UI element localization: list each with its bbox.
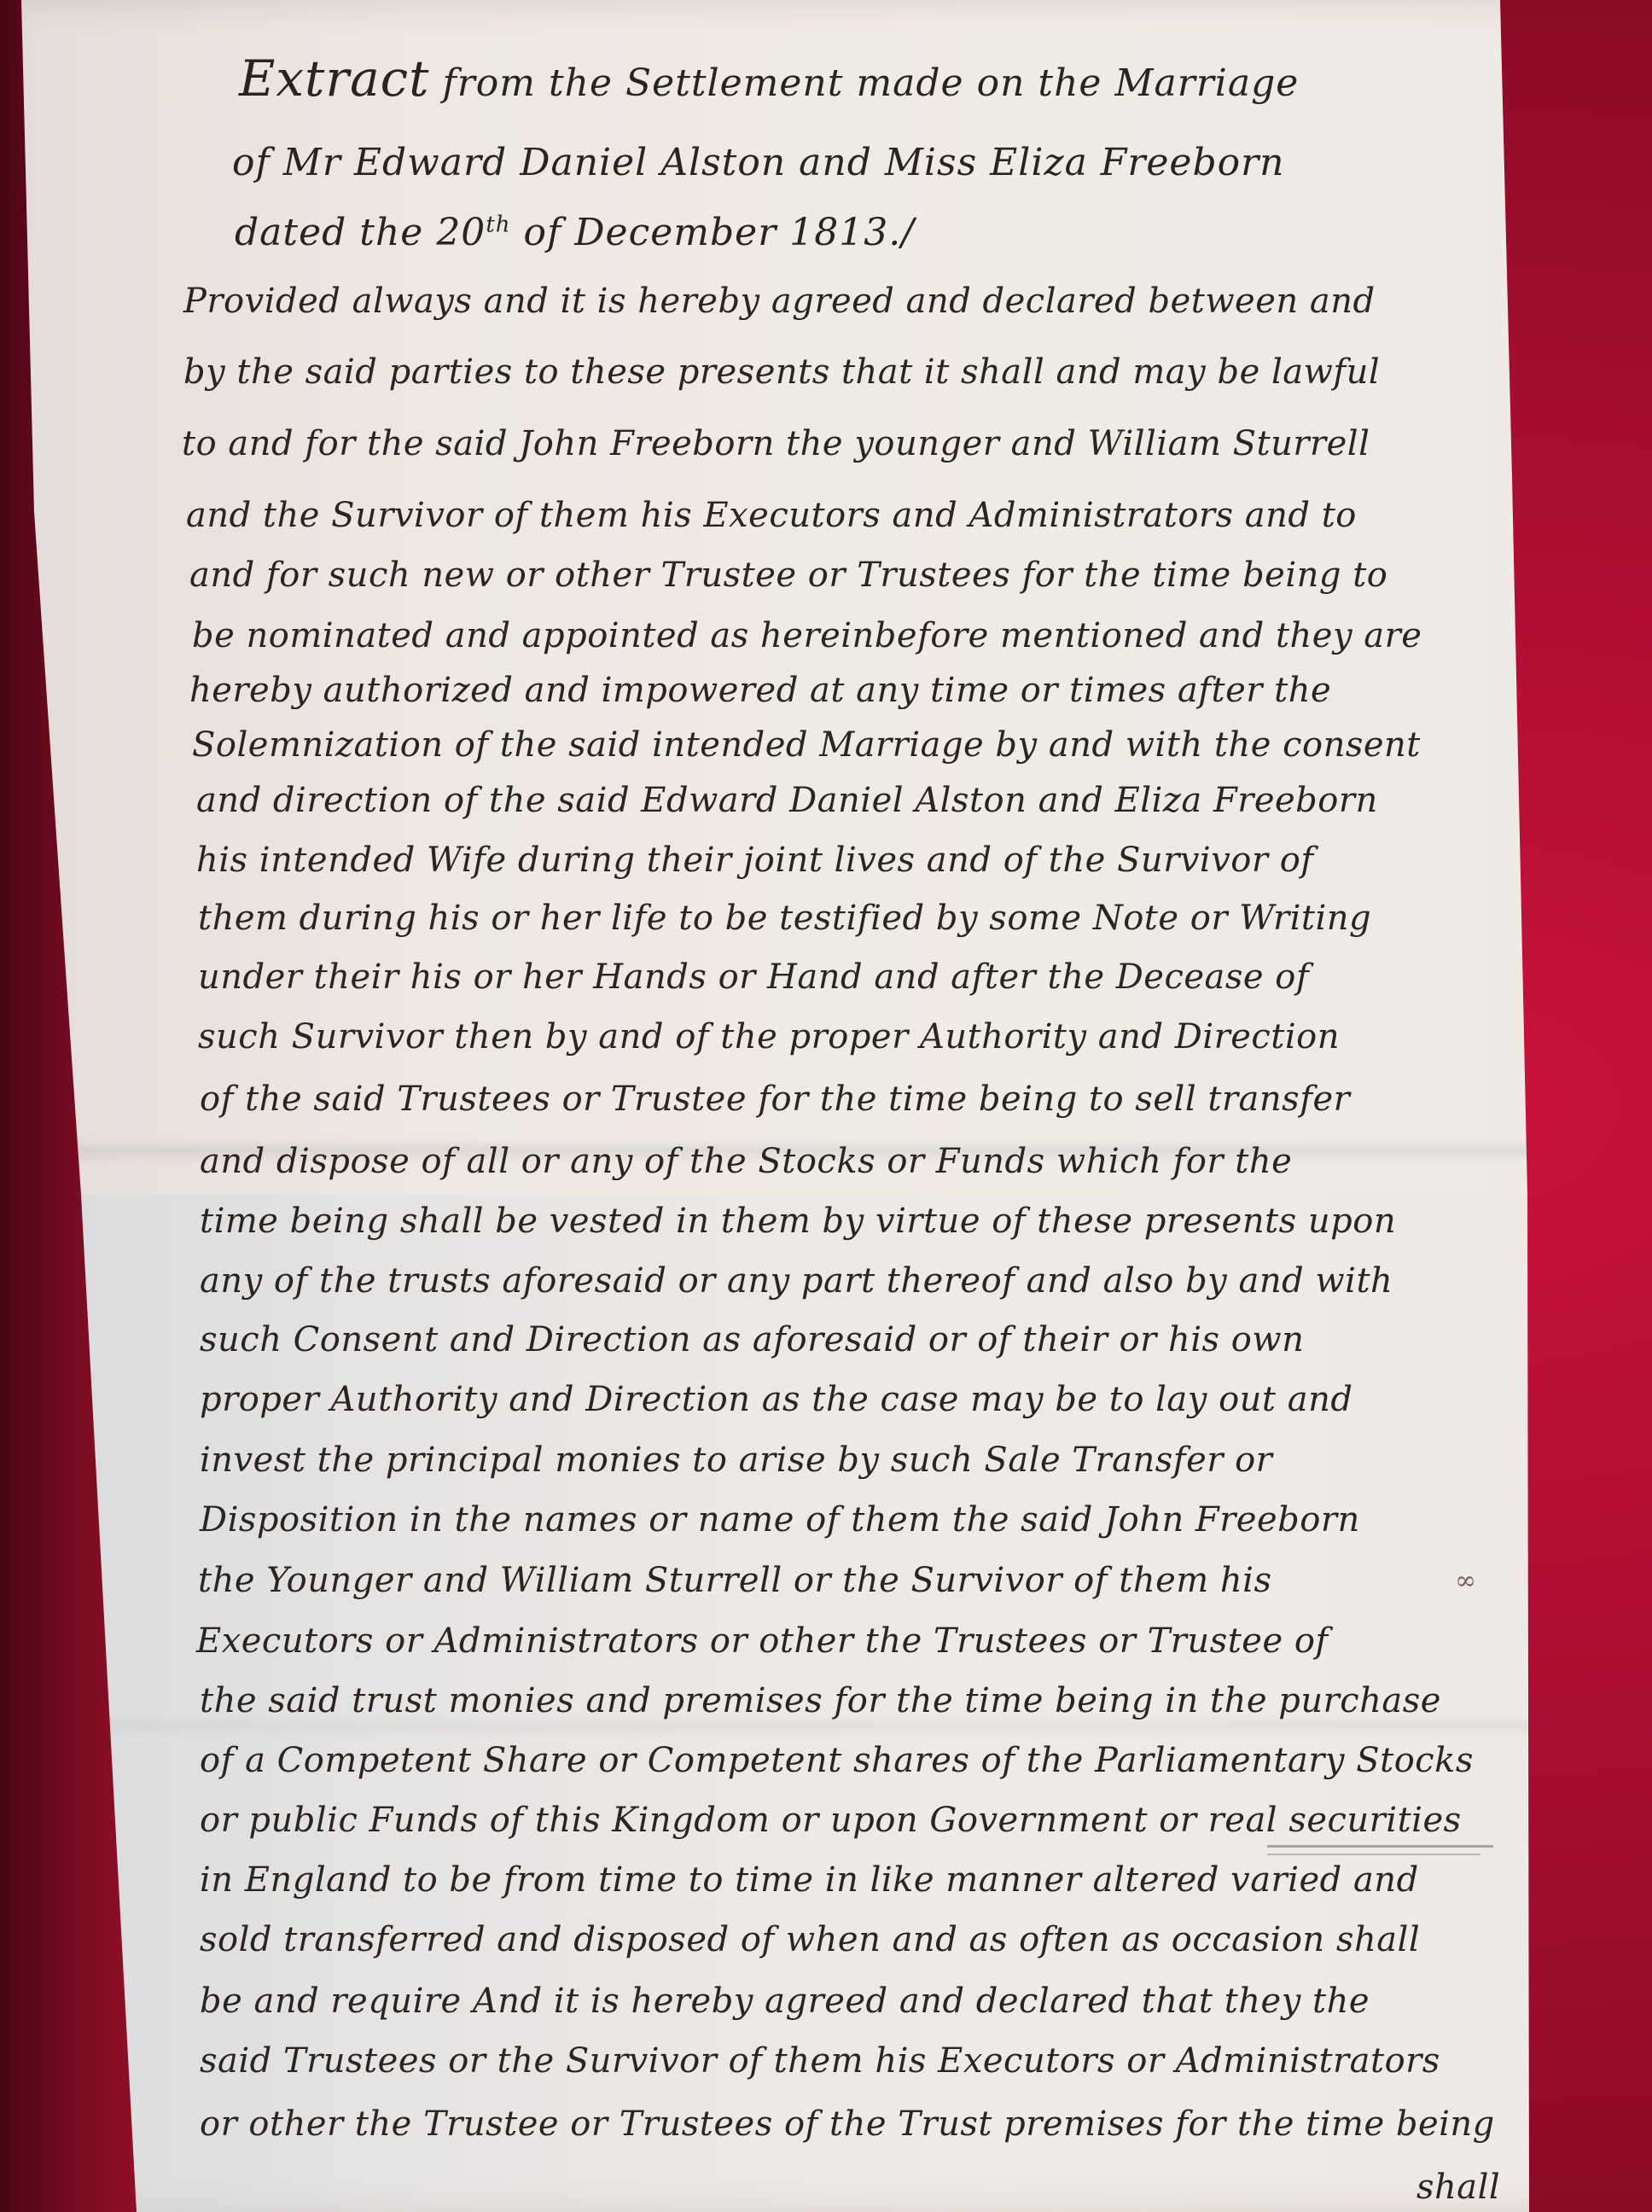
pencil-underline-real-securities-2 [1267, 1854, 1480, 1855]
body-line-18: such Consent and Direction as aforesaid … [200, 1320, 1304, 1359]
body-line-10: his intended Wife during their joint liv… [196, 841, 1314, 880]
body-line-27: in England to be from time to time in li… [200, 1860, 1419, 1900]
margin-flourish-mark: ∞ [1455, 1566, 1476, 1596]
body-line-2: by the said parties to these presents th… [183, 352, 1380, 392]
body-line-11: them during his or her life to be testif… [198, 899, 1371, 938]
body-line-16: time being shall be vested in them by vi… [200, 1202, 1396, 1241]
body-line-30: said Trustees or the Survivor of them hi… [200, 2041, 1440, 2081]
body-line-12: under their his or her Hands or Hand and… [198, 958, 1309, 997]
heading-line-2: of Mr Edward Daniel Alston and Miss Eliz… [232, 141, 1284, 184]
body-line-25: of a Competent Share or Competent shares… [200, 1741, 1474, 1780]
body-line-13: such Survivor then by and of the proper … [198, 1017, 1340, 1057]
body-line-21: Disposition in the names or name of them… [200, 1500, 1360, 1540]
body-line-14: of the said Trustees or Trustee for the … [200, 1080, 1350, 1119]
body-line-17: any of the trusts aforesaid or any part … [200, 1261, 1393, 1301]
body-line-3: to and for the said John Freeborn the yo… [182, 424, 1370, 463]
body-line-20: invest the principal monies to arise by … [200, 1441, 1272, 1480]
heading-line-3: dated the 20th of December 1813./ [235, 211, 915, 254]
body-line-31: or other the Trustee or Trustees of the … [200, 2104, 1495, 2144]
body-line-32-catchword: shall [1416, 2168, 1500, 2207]
body-line-6: be nominated and appointed as hereinbefo… [192, 616, 1422, 655]
pencil-underline-real-securities [1267, 1845, 1493, 1848]
heading-date-post: of December 1813./ [524, 211, 916, 254]
body-line-5: and for such new or other Trustee or Tru… [189, 556, 1387, 595]
body-line-1: Provided always and it is hereby agreed … [183, 282, 1376, 321]
body-line-24: the said trust monies and premises for t… [200, 1681, 1441, 1720]
body-line-26: or public Funds of this Kingdom or upon … [200, 1801, 1462, 1840]
body-line-28: sold transferred and disposed of when an… [200, 1920, 1420, 1959]
heading-date-pre: dated the 20 [235, 211, 486, 254]
body-line-9: and direction of the said Edward Daniel … [196, 781, 1378, 820]
body-line-15: and dispose of all or any of the Stocks … [200, 1142, 1292, 1181]
body-line-26-text: or public Funds of this Kingdom or upon … [200, 1801, 1462, 1840]
body-line-22: the Younger and William Sturrell or the … [198, 1561, 1272, 1600]
body-line-29: be and require And it is hereby agreed a… [200, 1982, 1370, 2021]
heading-extract-word: Extract [239, 49, 429, 108]
heading-line-1: Extract from the Settlement made on the … [239, 49, 1299, 108]
heading-date-sup: th [486, 212, 510, 237]
body-line-19: proper Authority and Direction as the ca… [200, 1380, 1352, 1419]
body-line-23: Executors or Administrators or other the… [196, 1621, 1329, 1661]
body-line-7: hereby authorized and impowered at any t… [189, 671, 1331, 710]
body-line-4: and the Survivor of them his Executors a… [186, 496, 1357, 535]
heading-line-1-text: from the Settlement made on the Marriage [442, 61, 1299, 105]
body-line-8: Solemnization of the said intended Marri… [192, 725, 1421, 765]
